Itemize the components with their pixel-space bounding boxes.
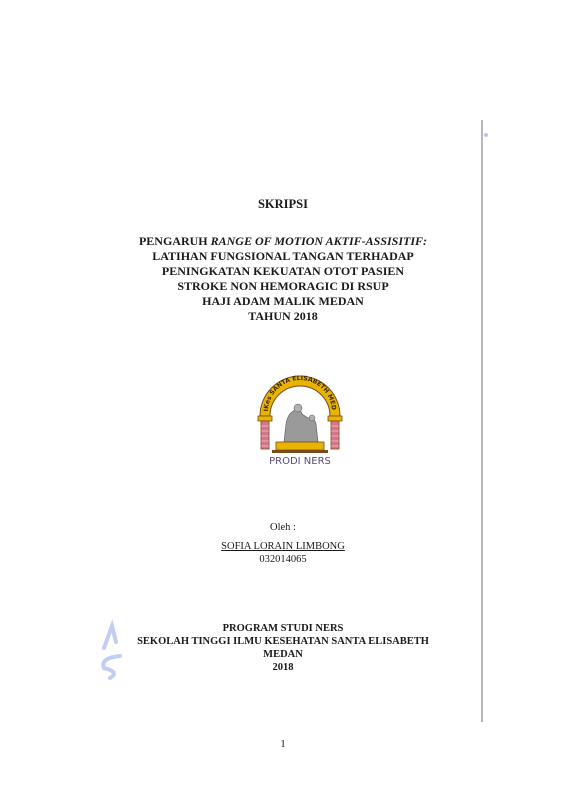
document-heading: SKRIPSI <box>0 197 566 212</box>
institution-logo: STIKes SANTA ELISABETH MEDAN PRODI NERS <box>252 372 348 468</box>
logo-caption: PRODI NERS <box>269 456 331 467</box>
thesis-title: PENGARUH RANGE OF MOTION AKTIF-ASSISITIF… <box>0 234 566 324</box>
author-block: SOFIA LORAIN LIMBONG 032014065 <box>0 540 566 566</box>
title-line-3: PENINGKATAN KEKUATAN OTOT PASIEN <box>0 264 566 279</box>
institution-block: PROGRAM STUDI NERS SEKOLAH TINGGI ILMU K… <box>0 622 566 674</box>
year: 2018 <box>0 661 566 674</box>
author-name: SOFIA LORAIN LIMBONG <box>0 540 566 553</box>
title-line-2: LATIHAN FUNGSIONAL TANGAN TERHADAP <box>0 249 566 264</box>
title-line-4: STROKE NON HEMORAGIC DI RSUP <box>0 279 566 294</box>
title-line-1: PENGARUH RANGE OF MOTION AKTIF-ASSISITIF… <box>0 234 566 249</box>
student-id: 032014065 <box>0 553 566 566</box>
page-number: 1 <box>0 738 566 750</box>
city: MEDAN <box>0 648 566 661</box>
program-name: PROGRAM STUDI NERS <box>0 622 566 635</box>
scan-artifact-dot <box>484 133 488 137</box>
title-line-6: TAHUN 2018 <box>0 309 566 324</box>
byline-label: Oleh : <box>0 522 566 533</box>
school-name: SEKOLAH TINGGI ILMU KESEHATAN SANTA ELIS… <box>0 635 566 648</box>
title-line-5: HAJI ADAM MALIK MEDAN <box>0 294 566 309</box>
